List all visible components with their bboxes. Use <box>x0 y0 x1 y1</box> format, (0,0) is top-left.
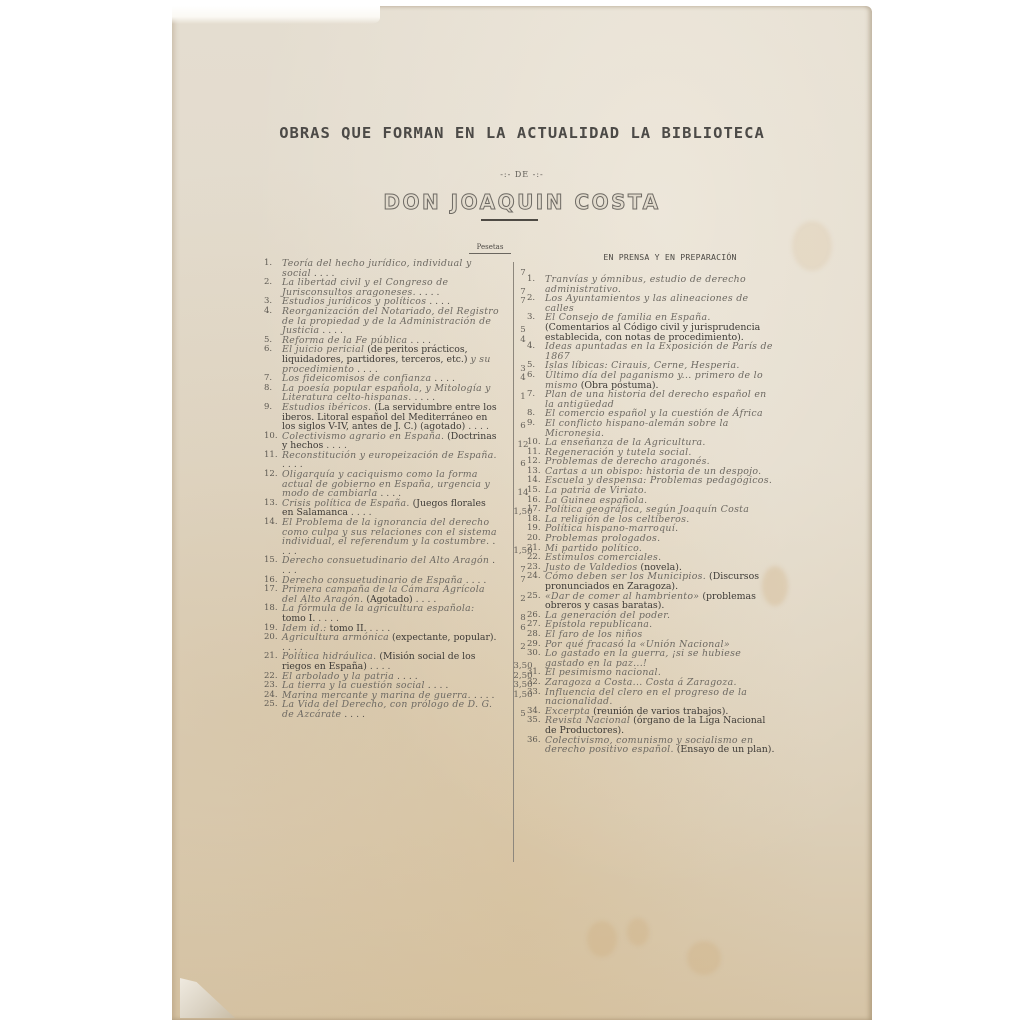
item-number: 25. <box>527 592 545 611</box>
work-title: Agricultura armónica <box>282 632 389 643</box>
item-text: Influencia del clero en el progreso de l… <box>545 688 779 707</box>
list-item: 4.Ideas apuntadas en la Exposición de Pa… <box>527 342 779 361</box>
item-number: 13. <box>264 499 282 518</box>
item-text: Estudios ibéricos. (La servidumbre entre… <box>282 403 504 432</box>
list-item: 4.Reorganización del Notariado, del Regi… <box>264 307 504 336</box>
item-text: El Consejo de familia en España. (Coment… <box>545 313 779 342</box>
item-text: La Vida del Derecho, con prólogo de D. G… <box>282 700 504 719</box>
column-divider <box>513 262 514 862</box>
list-item: 15.Derecho consuetudinario del Alto Arag… <box>264 556 504 575</box>
work-title: Ideas apuntadas en la Exposición de Parí… <box>545 341 773 362</box>
title-underline <box>481 219 538 221</box>
paper-stain <box>792 221 832 271</box>
item-text: Colectivismo, comunismo y socialismo en … <box>545 736 779 755</box>
list-item: 11.Reconstitución y europeización de Esp… <box>264 451 504 470</box>
item-number: 15. <box>264 556 282 575</box>
item-text: Cómo deben ser los Municipios. (Discurso… <box>545 572 779 591</box>
item-number: 25. <box>264 700 282 719</box>
item-number: 21. <box>264 652 282 671</box>
item-text: El juicio pericial (de peritos prácticos… <box>282 345 504 374</box>
item-number: 10. <box>264 432 282 451</box>
item-number: 9. <box>527 419 545 438</box>
work-title: Oligarquía y caciquismo como la forma ac… <box>282 469 490 499</box>
list-item: 33.Influencia del clero en el progreso d… <box>527 688 779 707</box>
list-item: 30.Lo gastado en la guerra, ¡si se hubie… <box>527 649 779 668</box>
list-item: 36.Colectivismo, comunismo y socialismo … <box>527 736 779 755</box>
item-text: Política hidráulica. (Misión social de l… <box>282 652 504 671</box>
list-item: 24.Cómo deben ser los Municipios. (Discu… <box>527 572 779 591</box>
item-number: 30. <box>527 649 545 668</box>
list-item: 14.El Problema de la ignorancia del dere… <box>264 518 504 556</box>
title-connector: -:- DE -:- <box>172 170 872 179</box>
list-item: 21.Política hidráulica. (Misión social d… <box>264 652 504 671</box>
list-item: 6.Último día del paganismo y... primero … <box>527 371 779 390</box>
work-title: La poesía popular española, y Mitología … <box>282 383 491 404</box>
item-text: Teoría del hecho jurídico, individual y … <box>282 259 504 278</box>
item-number: 4. <box>264 307 282 336</box>
item-number: 11. <box>264 451 282 470</box>
work-title: Plan de una historia del derecho español… <box>545 389 767 410</box>
list-item: 17.Primera campaña de la Cámara Agrícola… <box>264 585 504 604</box>
list-item: 1.Teoría del hecho jurídico, individual … <box>264 259 504 278</box>
item-text: Tranvías y ómnibus, estudio de derecho a… <box>545 275 779 294</box>
price-column-header: Pesetas <box>469 243 511 254</box>
work-title: Influencia del clero en el progreso de l… <box>545 687 747 708</box>
item-text: El Problema de la ignorancia del derecho… <box>282 518 504 556</box>
work-title: El conflicto hispano-alemán sobre la Mic… <box>545 418 729 439</box>
item-number: 12. <box>264 470 282 499</box>
item-number: 35. <box>527 716 545 735</box>
item-number: 17. <box>264 585 282 604</box>
item-text: Primera campaña de la Cámara Agrícola de… <box>282 585 504 604</box>
published-works-list: 1.Teoría del hecho jurídico, individual … <box>264 259 504 720</box>
list-item: 25.«Dar de comer al hambriento» (problem… <box>527 592 779 611</box>
list-item: 18.La fórmula de la agricultura española… <box>264 604 504 623</box>
item-text: Colectivismo agrario en España. (Doctrin… <box>282 432 504 451</box>
item-text: Revista Nacional (órgano de la Liga Naci… <box>545 716 779 735</box>
work-title: Reconstitución y europeización de España… <box>282 450 497 461</box>
item-text: «Dar de comer al hambriento» (problemas … <box>545 592 779 611</box>
list-item: 2.La libertad civil y el Congreso de Jur… <box>264 278 504 297</box>
item-text: Reconstitución y europeización de España… <box>282 451 504 470</box>
work-title: Teoría del hecho jurídico, individual y … <box>282 258 472 279</box>
work-title: El Problema de la ignorancia del derecho… <box>282 517 497 547</box>
item-text: Reorganización del Notariado, del Regist… <box>282 307 504 336</box>
list-item: 9.Estudios ibéricos. (La servidumbre ent… <box>264 403 504 432</box>
list-item: 25.La Vida del Derecho, con prólogo de D… <box>264 700 504 719</box>
work-title: La Vida del Derecho, con prólogo de D. G… <box>282 699 492 720</box>
author-name: DON JOAQUIN COSTA <box>172 190 872 214</box>
list-item: 7.Plan de una historia del derecho españ… <box>527 390 779 409</box>
item-number: 9. <box>264 403 282 432</box>
item-text: La libertad civil y el Congreso de Juris… <box>282 278 504 297</box>
list-item: 13.Crisis política de España. (Juegos fl… <box>264 499 504 518</box>
item-text: La fórmula de la agricultura española: t… <box>282 604 504 623</box>
work-note: (Comentarios al Código civil y jurisprud… <box>545 322 760 343</box>
work-title: Lo gastado en la guerra, ¡si se hubiese … <box>545 648 741 669</box>
item-number: 2. <box>527 294 545 313</box>
item-number: 7. <box>527 390 545 409</box>
work-title: La libertad civil y el Congreso de Juris… <box>282 277 448 298</box>
item-text: Plan de una historia del derecho español… <box>545 390 779 409</box>
list-item: 6.El juicio pericial (de peritos práctic… <box>264 345 504 374</box>
list-item: 2.Los Ayuntamientos y las alineaciones d… <box>527 294 779 313</box>
item-text: Oligarquía y caciquismo como la forma ac… <box>282 470 504 499</box>
list-item: 10.Colectivismo agrario en España. (Doct… <box>264 432 504 451</box>
item-number: 1. <box>527 275 545 294</box>
paper-stain <box>687 941 721 975</box>
work-title: Los Ayuntamientos y las alineaciones de … <box>545 293 748 314</box>
page-title: OBRAS QUE FORMAN EN LA ACTUALIDAD LA BIB… <box>172 124 872 142</box>
item-text: Los Ayuntamientos y las alineaciones de … <box>545 294 779 313</box>
list-item: 1.Tranvías y ómnibus, estudio de derecho… <box>527 275 779 294</box>
paper-stain <box>627 918 649 946</box>
list-item: 35.Revista Nacional (órgano de la Liga N… <box>527 716 779 735</box>
work-title: Derecho consuetudinario del Alto Aragón <box>282 555 489 566</box>
document-page: OBRAS QUE FORMAN EN LA ACTUALIDAD LA BIB… <box>172 6 872 1020</box>
item-number: 2. <box>264 278 282 297</box>
torn-top-edge <box>172 6 380 24</box>
list-item: 9.El conflicto hispano-alemán sobre la M… <box>527 419 779 438</box>
item-text: Derecho consuetudinario del Alto Aragón … <box>282 556 504 575</box>
item-number: 6. <box>527 371 545 390</box>
work-title: Tranvías y ómnibus, estudio de derecho a… <box>545 274 746 295</box>
list-item: 8.La poesía popular española, y Mitologí… <box>264 384 504 403</box>
item-text: Agricultura armónica (expectante, popula… <box>282 633 504 652</box>
item-number: 33. <box>527 688 545 707</box>
work-title: Reorganización del Notariado, del Regist… <box>282 306 499 336</box>
list-item: 20.Agricultura armónica (expectante, pop… <box>264 633 504 652</box>
item-number: 3. <box>527 313 545 342</box>
item-number: 20. <box>264 633 282 652</box>
item-number: 14. <box>264 518 282 556</box>
folded-corner <box>180 978 235 1018</box>
item-text: Último día del paganismo y... primero de… <box>545 371 779 390</box>
item-text: El conflicto hispano-alemán sobre la Mic… <box>545 419 779 438</box>
item-number: 8. <box>264 384 282 403</box>
item-text: Lo gastado en la guerra, ¡si se hubiese … <box>545 649 779 668</box>
item-number: 6. <box>264 345 282 374</box>
item-number: 18. <box>264 604 282 623</box>
item-number: 36. <box>527 736 545 755</box>
paper-stain <box>587 921 617 957</box>
item-text: Ideas apuntadas en la Exposición de Parí… <box>545 342 779 361</box>
item-text: La poesía popular española, y Mitología … <box>282 384 504 403</box>
work-note: (Ensayo de un plan). <box>677 744 775 755</box>
item-number: 1. <box>264 259 282 278</box>
list-item: 3.El Consejo de familia en España. (Come… <box>527 313 779 342</box>
in-press-header: EN PRENSA Y EN PREPARACIÓN <box>550 252 790 262</box>
item-number: 4. <box>527 342 545 361</box>
in-press-works-list: 1.Tranvías y ómnibus, estudio de derecho… <box>527 275 779 755</box>
item-number: 24. <box>527 572 545 591</box>
item-text: Crisis política de España. (Juegos flora… <box>282 499 504 518</box>
work-note: (expectante, popular). <box>392 632 496 643</box>
list-item: 12.Oligarquía y caciquismo como la forma… <box>264 470 504 499</box>
